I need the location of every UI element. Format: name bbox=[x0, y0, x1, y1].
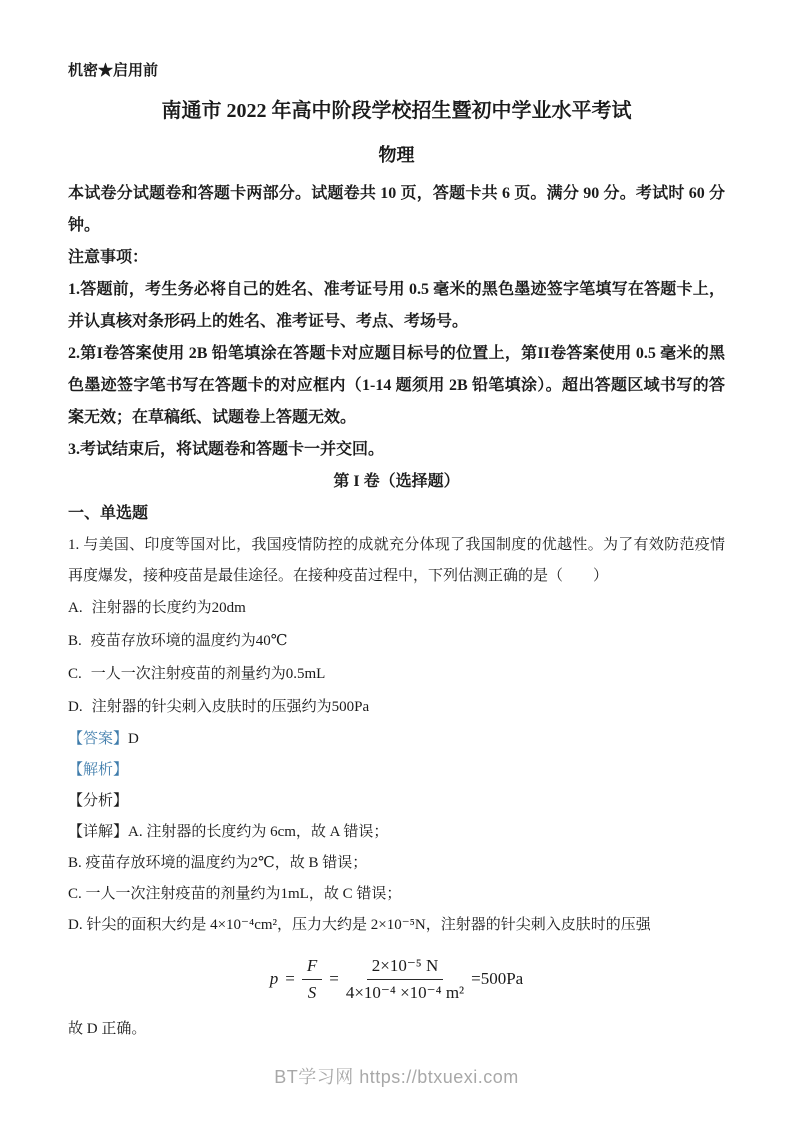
exam-title: 南通市 2022 年高中阶段学校招生暨初中学业水平考试 bbox=[68, 96, 725, 126]
pressure-formula: p = F S = 2×10⁻⁵ N 4×10⁻⁴ ×10⁻⁴ m² =500P… bbox=[68, 950, 725, 1008]
formula-equals: = bbox=[329, 969, 339, 989]
exam-document-page: 机密★启用前 南通市 2022 年高中阶段学校招生暨初中学业水平考试 物理 本试… bbox=[0, 0, 793, 1122]
notice-item-2: 2.第I卷答案使用 2B 铅笔填涂在答题卡对应题目标号的位置上，第II卷答案使用… bbox=[68, 338, 725, 434]
formula-result: =500Pa bbox=[471, 969, 523, 989]
detail-label: 【详解】 bbox=[68, 824, 128, 840]
detail-text: B. 疫苗存放环境的温度约为2℃，故 B 错误； bbox=[68, 855, 367, 871]
analysis-row: 【解析】 bbox=[68, 755, 725, 786]
subject-title: 物理 bbox=[68, 142, 725, 168]
option-label: A. bbox=[68, 600, 83, 616]
fraction-denominator: S bbox=[308, 980, 317, 1005]
footer-watermark: BT学习网 https://btxuexi.com bbox=[0, 1063, 793, 1089]
secrecy-label: 机密★启用前 bbox=[68, 60, 725, 82]
detail-row-a: 【详解】A. 注射器的长度约为 6cm，故 A 错误； bbox=[68, 817, 725, 848]
option-row-c: C.一人一次注射疫苗的剂量约为0.5mL bbox=[68, 658, 725, 691]
detail-text: A. 注射器的长度约为 6cm，故 A 错误； bbox=[128, 824, 388, 840]
fraction-numerator: F bbox=[302, 954, 322, 980]
detail-text: D. 针尖的面积大约是 4×10⁻⁴cm²，压力大约是 2×10⁻⁵N，注射器的… bbox=[68, 917, 651, 933]
answer-value: D bbox=[128, 731, 139, 747]
part-title: 第 I 卷（选择题） bbox=[68, 466, 725, 498]
option-text: 疫苗存放环境的温度约为40℃ bbox=[91, 633, 288, 649]
breakdown-row: 【分析】 bbox=[68, 786, 725, 817]
formula-fraction-values: 2×10⁻⁵ N 4×10⁻⁴ ×10⁻⁴ m² bbox=[346, 954, 464, 1005]
notice-item-1: 1.答题前，考生务必将自己的姓名、准考证号用 0.5 毫米的黑色墨迹签字笔填写在… bbox=[68, 274, 725, 338]
question-stem: 1. 与美国、印度等国对比，我国疫情防控的成就充分体现了我国制度的优越性。为了有… bbox=[68, 530, 725, 592]
conclusion: 故 D 正确。 bbox=[68, 1014, 725, 1045]
fraction-denominator: 4×10⁻⁴ ×10⁻⁴ m² bbox=[346, 980, 464, 1005]
fraction-numerator: 2×10⁻⁵ N bbox=[367, 954, 444, 980]
notice-item-3: 3.考试结束后，将试题卷和答题卡一并交回。 bbox=[68, 434, 725, 466]
option-text: 注射器的针尖刺入皮肤时的压强约为500Pa bbox=[92, 699, 370, 715]
option-label: C. bbox=[68, 666, 82, 682]
formula-equals: = bbox=[285, 969, 295, 989]
notice-heading: 注意事项： bbox=[68, 242, 725, 274]
exam-intro: 本试卷分试题卷和答题卡两部分。试题卷共 10 页，答题卡共 6 页。满分 90 … bbox=[68, 178, 725, 242]
page-content: 机密★启用前 南通市 2022 年高中阶段学校招生暨初中学业水平考试 物理 本试… bbox=[0, 0, 793, 1045]
formula-lhs: p bbox=[270, 969, 279, 989]
option-row-a: A.注射器的长度约为20dm bbox=[68, 592, 725, 625]
option-label: B. bbox=[68, 633, 82, 649]
detail-row-c: C. 一人一次注射疫苗的剂量约为1mL，故 C 错误； bbox=[68, 879, 725, 910]
option-text: 一人一次注射疫苗的剂量约为0.5mL bbox=[91, 666, 326, 682]
answer-row: 【答案】D bbox=[68, 724, 725, 755]
formula-fraction-fs: F S bbox=[302, 954, 322, 1005]
detail-text: C. 一人一次注射疫苗的剂量约为1mL，故 C 错误； bbox=[68, 886, 401, 902]
detail-row-b: B. 疫苗存放环境的温度约为2℃，故 B 错误； bbox=[68, 848, 725, 879]
option-label: D. bbox=[68, 699, 83, 715]
option-row-b: B.疫苗存放环境的温度约为40℃ bbox=[68, 625, 725, 658]
subsection-title: 一、单选题 bbox=[68, 498, 725, 530]
analysis-label: 【解析】 bbox=[68, 762, 128, 778]
option-text: 注射器的长度约为20dm bbox=[92, 600, 246, 616]
answer-label: 【答案】 bbox=[68, 731, 128, 747]
option-row-d: D.注射器的针尖刺入皮肤时的压强约为500Pa bbox=[68, 691, 725, 724]
breakdown-label: 【分析】 bbox=[68, 793, 128, 809]
detail-row-d: D. 针尖的面积大约是 4×10⁻⁴cm²，压力大约是 2×10⁻⁵N，注射器的… bbox=[68, 910, 725, 941]
